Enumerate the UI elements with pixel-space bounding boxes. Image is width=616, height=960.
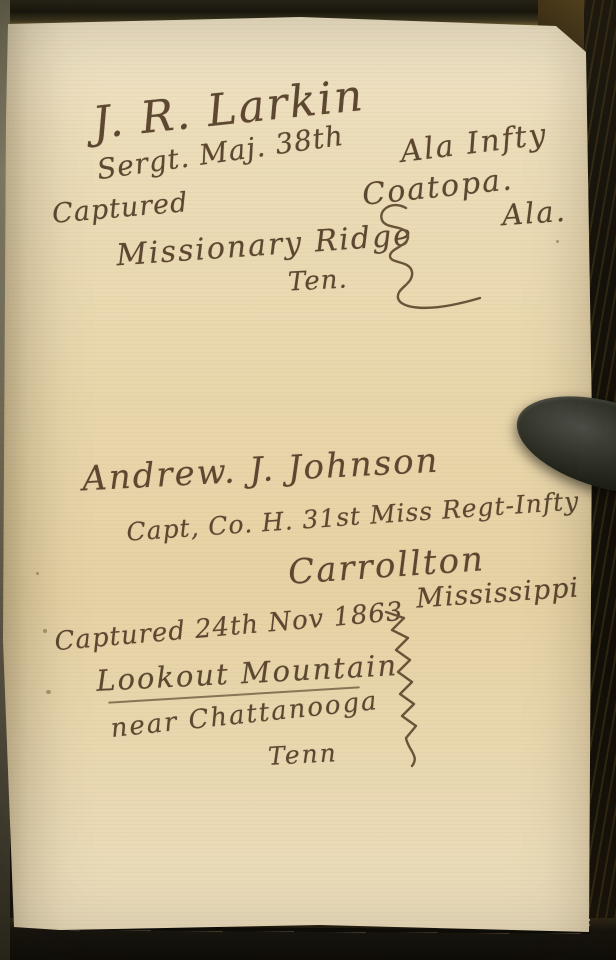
book-photo: J. R. Larkin Sergt. Maj. 38th Ala Infty … <box>0 0 616 960</box>
zigzag-brace-ink-mark <box>378 608 428 768</box>
larkin-battle-state: Ten. <box>287 264 348 297</box>
curly-brace-ink-mark <box>372 204 487 319</box>
foxing-speck <box>43 629 47 633</box>
foxing-speck <box>36 572 39 575</box>
larkin-state-line: Ala. <box>501 194 568 232</box>
foxing-speck <box>46 690 51 694</box>
foxing-speck <box>556 240 559 243</box>
johnson-battle-state: Tenn <box>267 738 338 771</box>
